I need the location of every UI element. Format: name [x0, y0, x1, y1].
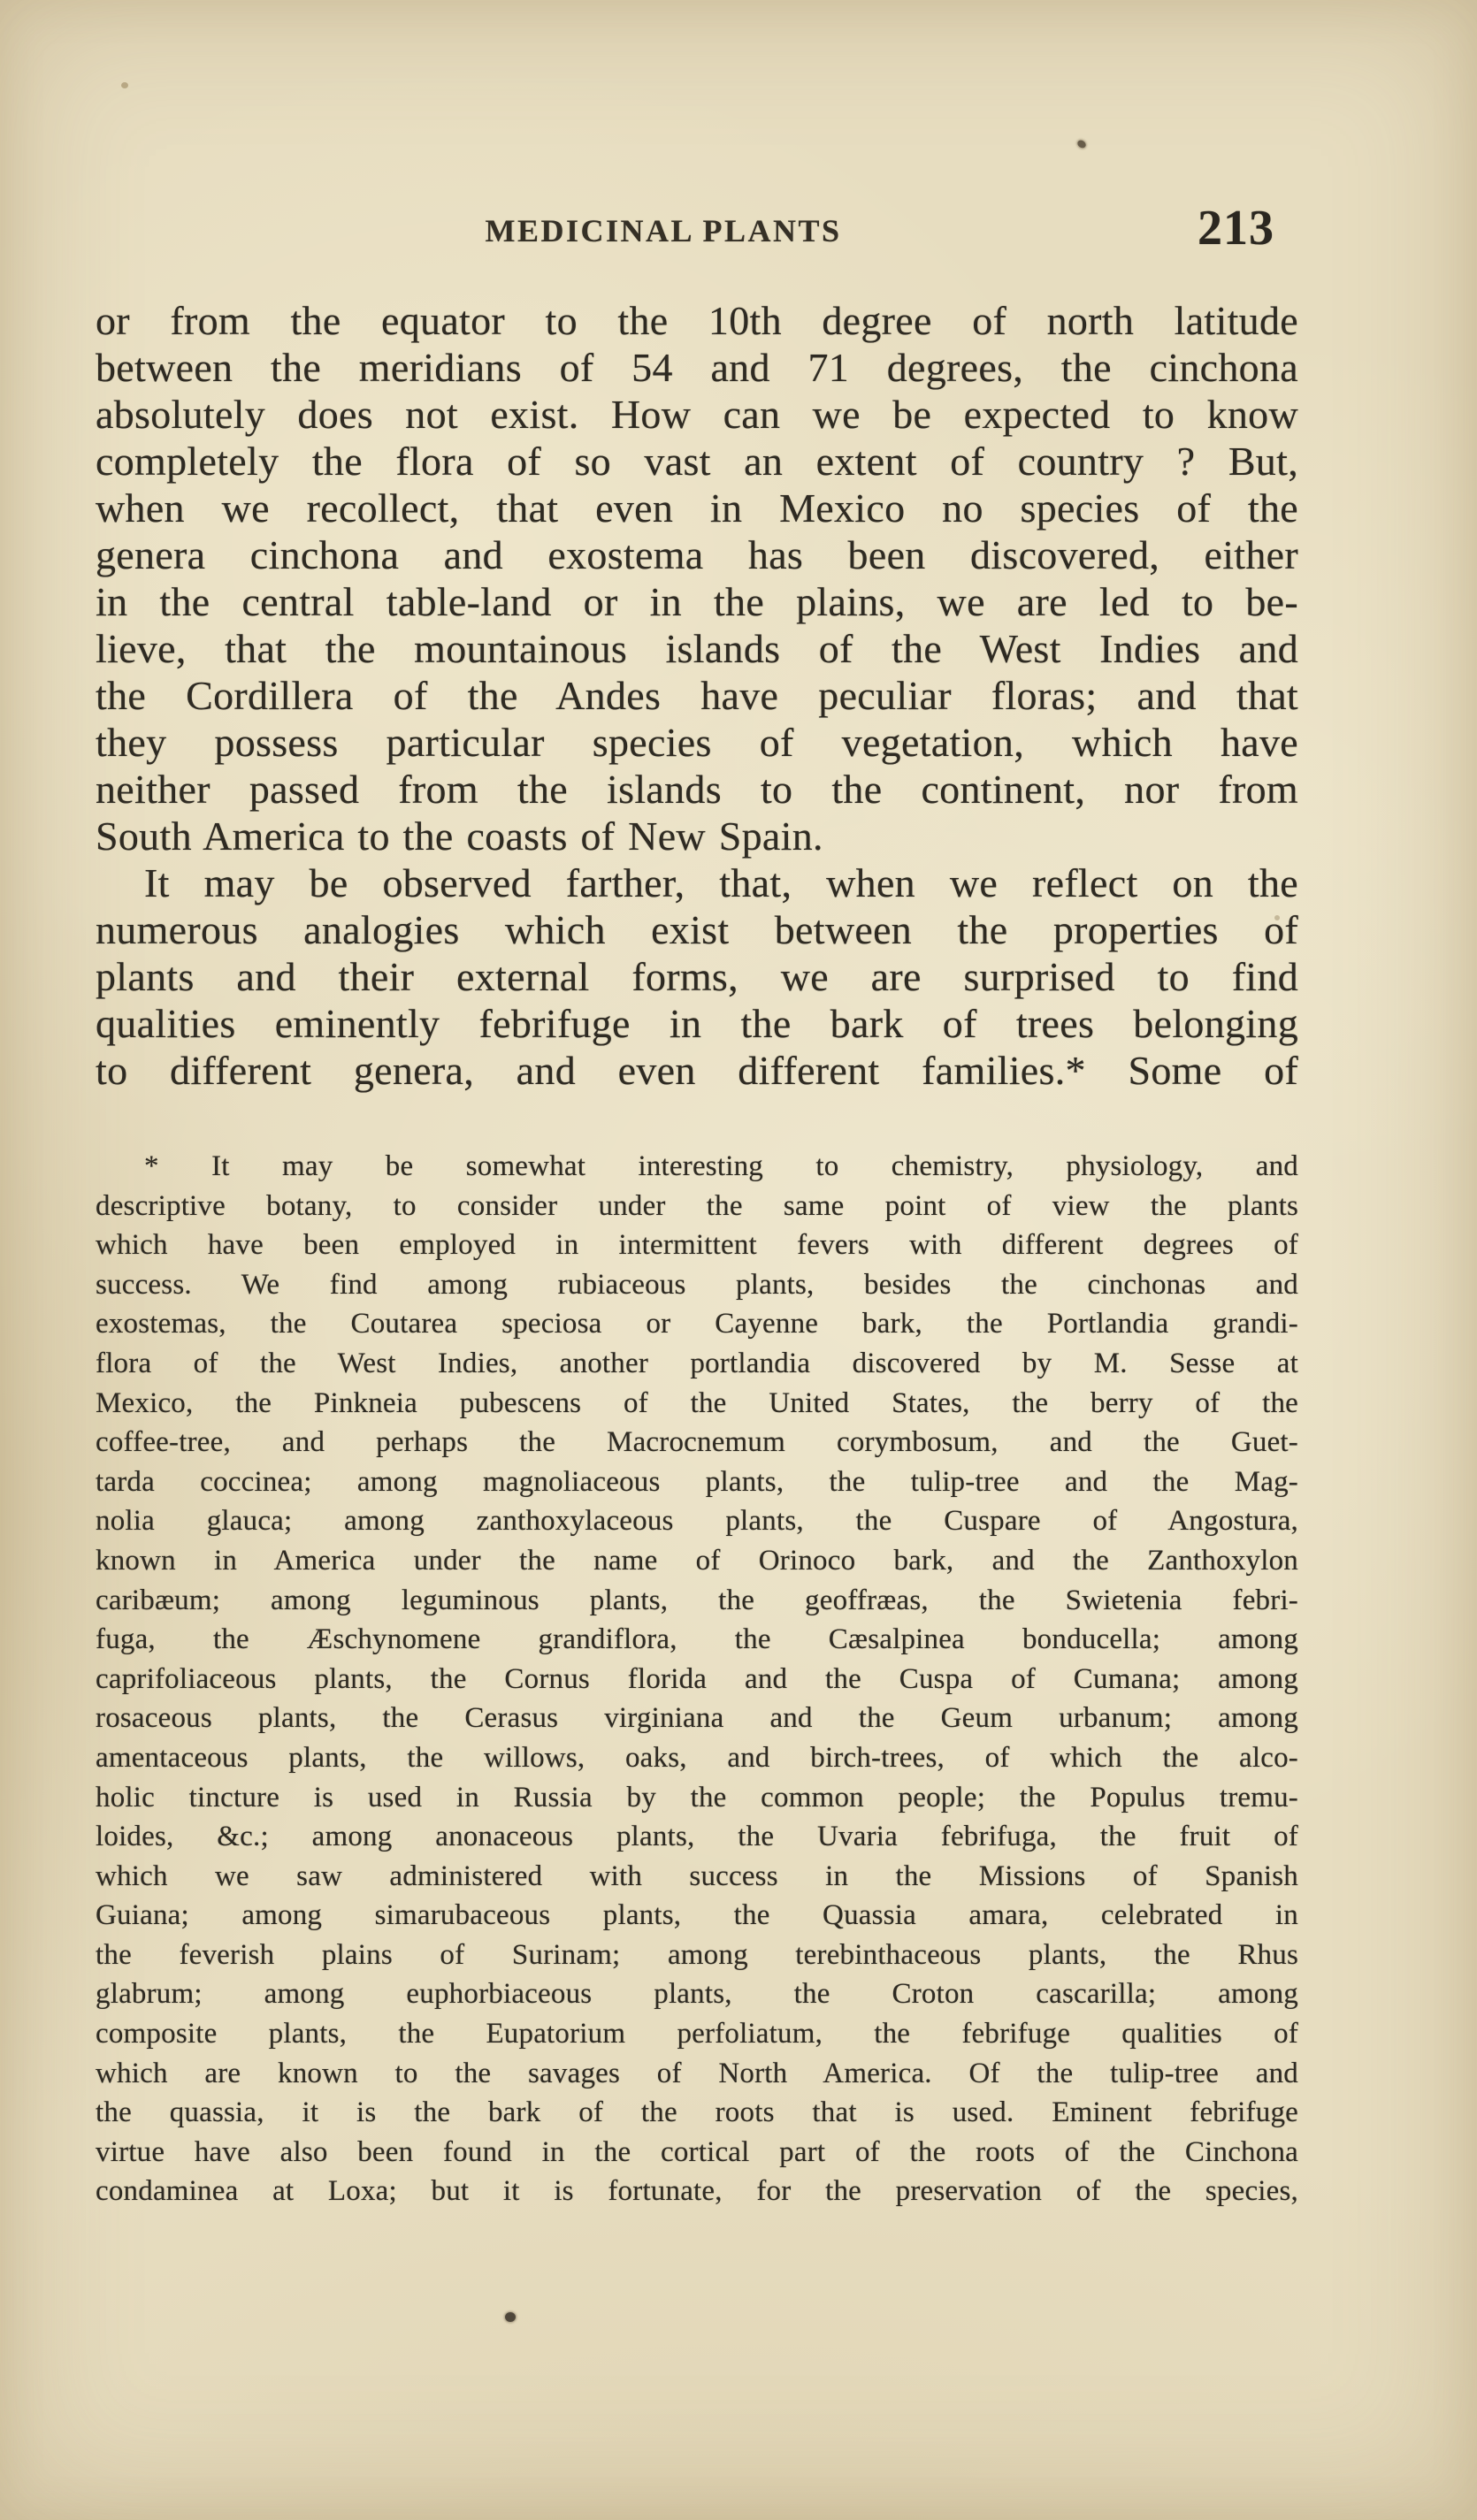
book-page: MEDICINAL PLANTS 213 or from the equator…	[0, 0, 1477, 2520]
body-line: neither passed from the islands to the c…	[96, 766, 1298, 813]
body-line: or from the equator to the 10th degree o…	[96, 297, 1298, 344]
ink-speck	[505, 2312, 516, 2322]
body-line: plants and their external forms, we are …	[96, 953, 1298, 1000]
footnote-line: known in America under the name of Orino…	[96, 1541, 1298, 1581]
ink-speck	[1274, 915, 1280, 920]
footnote-line: caprifoliaceous plants, the Cornus flori…	[96, 1660, 1298, 1699]
body-line: when we recollect, that even in Mexico n…	[96, 485, 1298, 531]
footnote-line: Guiana; among simarubaceous plants, the …	[96, 1896, 1298, 1936]
body-line: in the central table-land or in the plai…	[96, 578, 1298, 625]
footnote-line: loides, &c.; among anonaceous plants, th…	[96, 1817, 1298, 1857]
body-line: absolutely does not exist. How can we be…	[96, 391, 1298, 438]
footnote-line: caribæum; among leguminous plants, the g…	[96, 1581, 1298, 1621]
footnote-line: rosaceous plants, the Cerasus virginiana…	[96, 1699, 1298, 1738]
body-text-block: or from the equator to the 10th degree o…	[96, 297, 1298, 1094]
body-line: qualities eminently febrifuge in the bar…	[96, 1000, 1298, 1047]
footnote-line: virtue have also been found in the corti…	[96, 2133, 1298, 2173]
footnote-line: * It may be somewhat interesting to chem…	[96, 1147, 1298, 1187]
footnote-line: success. We find among rubiaceous plants…	[96, 1265, 1298, 1305]
footnote-block: * It may be somewhat interesting to chem…	[96, 1147, 1298, 2211]
footnote-line: fuga, the Æschynomene grandiflora, the C…	[96, 1620, 1298, 1660]
footnote-line: the feverish plains of Surinam; among te…	[96, 1936, 1298, 1975]
body-line: genera cinchona and exostema has been di…	[96, 531, 1298, 578]
running-header-title: MEDICINAL PLANTS	[96, 212, 1231, 249]
footnote-line: nolia glauca; among zanthoxylaceous plan…	[96, 1501, 1298, 1541]
body-line: numerous analogies which exist between t…	[96, 906, 1298, 953]
footnote-line: holic tincture is used in Russia by the …	[96, 1778, 1298, 1818]
footnote-line: descriptive botany, to consider under th…	[96, 1187, 1298, 1226]
ink-speck	[1076, 139, 1088, 149]
body-line: to different genera, and even different …	[96, 1047, 1298, 1094]
footnote-line: which have been employed in intermittent…	[96, 1226, 1298, 1265]
body-line: the Cordillera of the Andes have peculia…	[96, 672, 1298, 719]
body-line: South America to the coasts of New Spain…	[96, 813, 1298, 859]
body-line: It may be observed farther, that, when w…	[96, 859, 1298, 906]
footnote-line: which we saw administered with success i…	[96, 1857, 1298, 1897]
footnote-line: tarda coccinea; among magnoliaceous plan…	[96, 1462, 1298, 1502]
footnote-line: glabrum; among euphorbiaceous plants, th…	[96, 1974, 1298, 2014]
footnote-line: Mexico, the Pinkneia pubescens of the Un…	[96, 1384, 1298, 1424]
footnote-line: which are known to the savages of North …	[96, 2054, 1298, 2094]
body-line: between the meridians of 54 and 71 degre…	[96, 344, 1298, 391]
footnote-line: composite plants, the Eupatorium perfoli…	[96, 2014, 1298, 2054]
footnote-line: the quassia, it is the bark of the roots…	[96, 2093, 1298, 2133]
ink-speck	[121, 82, 128, 88]
footnote-line: exostemas, the Coutarea speciosa or Caye…	[96, 1304, 1298, 1344]
footnote-line: condaminea at Loxa; but it is fortunate,…	[96, 2172, 1298, 2211]
footnote-line: amentaceous plants, the willows, oaks, a…	[96, 1738, 1298, 1778]
footnote-line: flora of the West Indies, another portla…	[96, 1344, 1298, 1384]
body-line: completely the flora of so vast an exten…	[96, 438, 1298, 485]
page-number: 213	[1198, 200, 1274, 256]
body-line: lieve, that the mountainous islands of t…	[96, 625, 1298, 672]
body-line: they possess particular species of veget…	[96, 719, 1298, 766]
footnote-line: coffee-tree, and perhaps the Macrocnemum…	[96, 1423, 1298, 1462]
